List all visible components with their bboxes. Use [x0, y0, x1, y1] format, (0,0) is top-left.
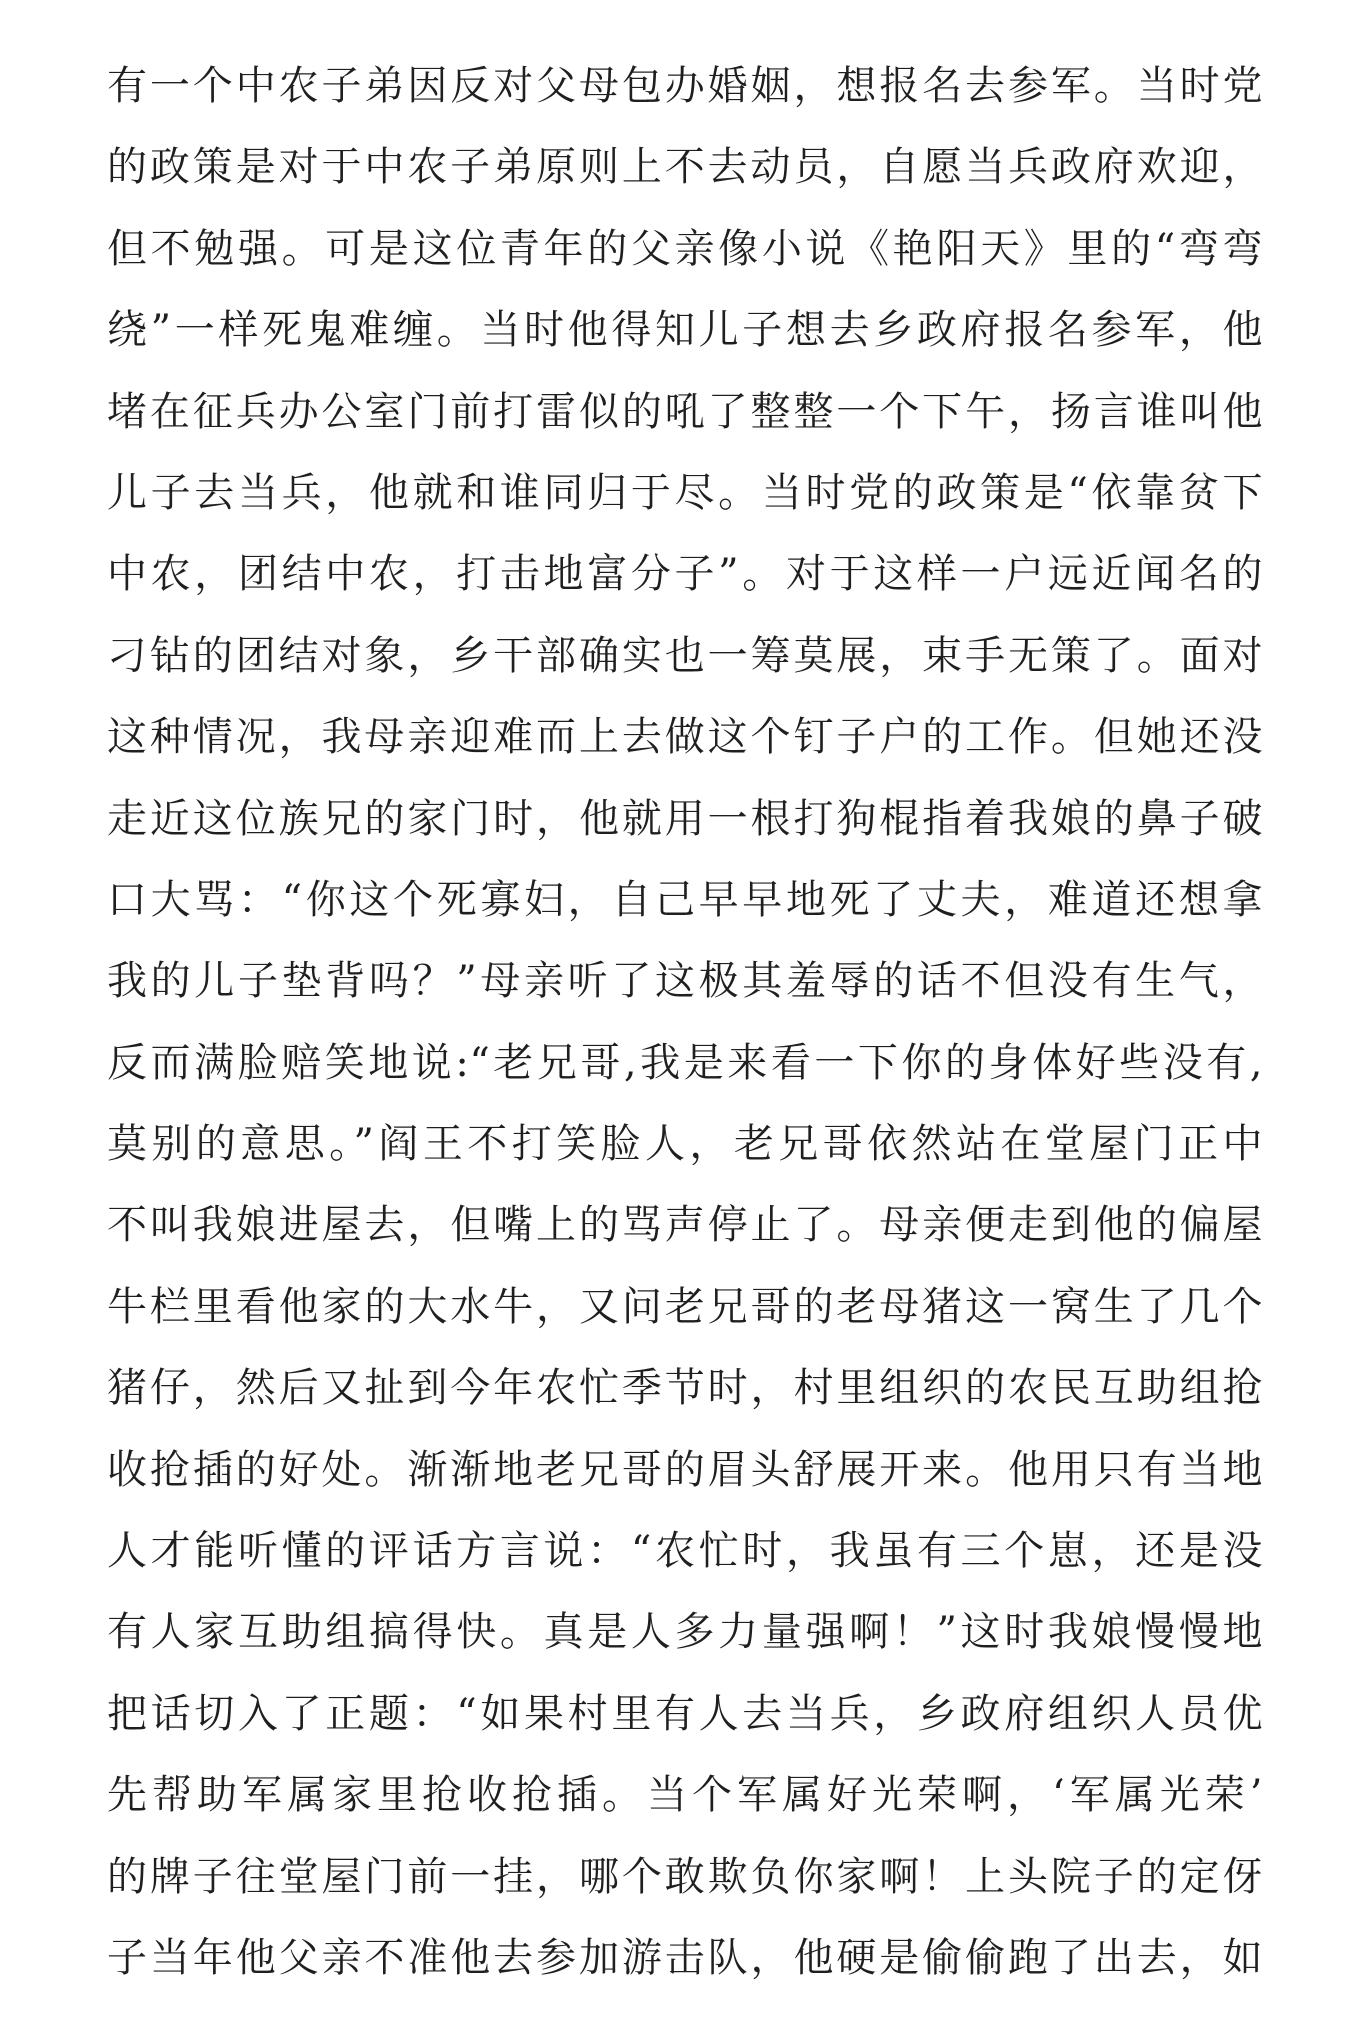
text-line: 人才能听懂的评话方言说：“农忙时，我虽有三个崽，还是没	[107, 1511, 1263, 1592]
paragraph-text-block: 有一个中农子弟因反对父母包办婚姻，想报名去参军。当时党 的政策是对于中农子弟原则…	[107, 46, 1263, 1999]
text-line: 把话切入了正题：“如果村里有人去当兵，乡政府组织人员优	[107, 1674, 1263, 1755]
text-line: 有人家互助组搞得快。真是人多力量强啊！”这时我娘慢慢地	[107, 1592, 1263, 1673]
text-line: 口大骂：“你这个死寡妇，自己早早地死了丈夫，难道还想拿	[107, 860, 1263, 941]
text-line: 走近这位族兄的家门时，他就用一根打狗棍指着我娘的鼻子破	[107, 779, 1263, 860]
text-line: 这种情况，我母亲迎难而上去做这个钉子户的工作。但她还没	[107, 697, 1263, 778]
text-line: 我的儿子垫背吗？”母亲听了这极其羞辱的话不但没有生气，	[107, 941, 1263, 1022]
text-line: 猪仔，然后又扯到今年农忙季节时，村里组织的农民互助组抢	[107, 1348, 1263, 1429]
text-line: 收抢插的好处。渐渐地老兄哥的眉头舒展开来。他用只有当地	[107, 1430, 1263, 1511]
text-line: 子当年他父亲不准他去参加游击队，他硬是偷偷跑了出去，如	[107, 1918, 1263, 1999]
text-line: 刁钻的团结对象，乡干部确实也一筹莫展，束手无策了。面对	[107, 616, 1263, 697]
text-line: 中农，团结中农，打击地富分子”。对于这样一户远近闻名的	[107, 534, 1263, 615]
text-line: 有一个中农子弟因反对父母包办婚姻，想报名去参军。当时党	[107, 46, 1263, 127]
text-line: 莫别的意思。”阎王不打笑脸人，老兄哥依然站在堂屋门正中	[107, 1104, 1263, 1185]
text-line: 绕”一样死鬼难缠。当时他得知儿子想去乡政府报名参军，他	[107, 290, 1263, 371]
text-line: 的牌子往堂屋门前一挂，哪个敢欺负你家啊！上头院子的定伢	[107, 1837, 1263, 1918]
text-line: 反而满脸赔笑地说:“老兄哥,我是来看一下你的身体好些没有,	[107, 1023, 1263, 1104]
book-page: 有一个中农子弟因反对父母包办婚姻，想报名去参军。当时党 的政策是对于中农子弟原则…	[0, 0, 1368, 2024]
text-line: 儿子去当兵，他就和谁同归于尽。当时党的政策是“依靠贫下	[107, 453, 1263, 534]
text-line: 堵在征兵办公室门前打雷似的吼了整整一个下午，扬言谁叫他	[107, 372, 1263, 453]
text-line: 先帮助军属家里抢收抢插。当个军属好光荣啊，‘军属光荣’	[107, 1755, 1263, 1836]
text-line: 的政策是对于中农子弟原则上不去动员，自愿当兵政府欢迎，	[107, 127, 1263, 208]
text-line: 但不勉强。可是这位青年的父亲像小说《艳阳天》里的“弯弯	[107, 209, 1263, 290]
text-line: 不叫我娘进屋去，但嘴上的骂声停止了。母亲便走到他的偏屋	[107, 1185, 1263, 1266]
text-line: 牛栏里看他家的大水牛，又问老兄哥的老母猪这一窝生了几个	[107, 1267, 1263, 1348]
